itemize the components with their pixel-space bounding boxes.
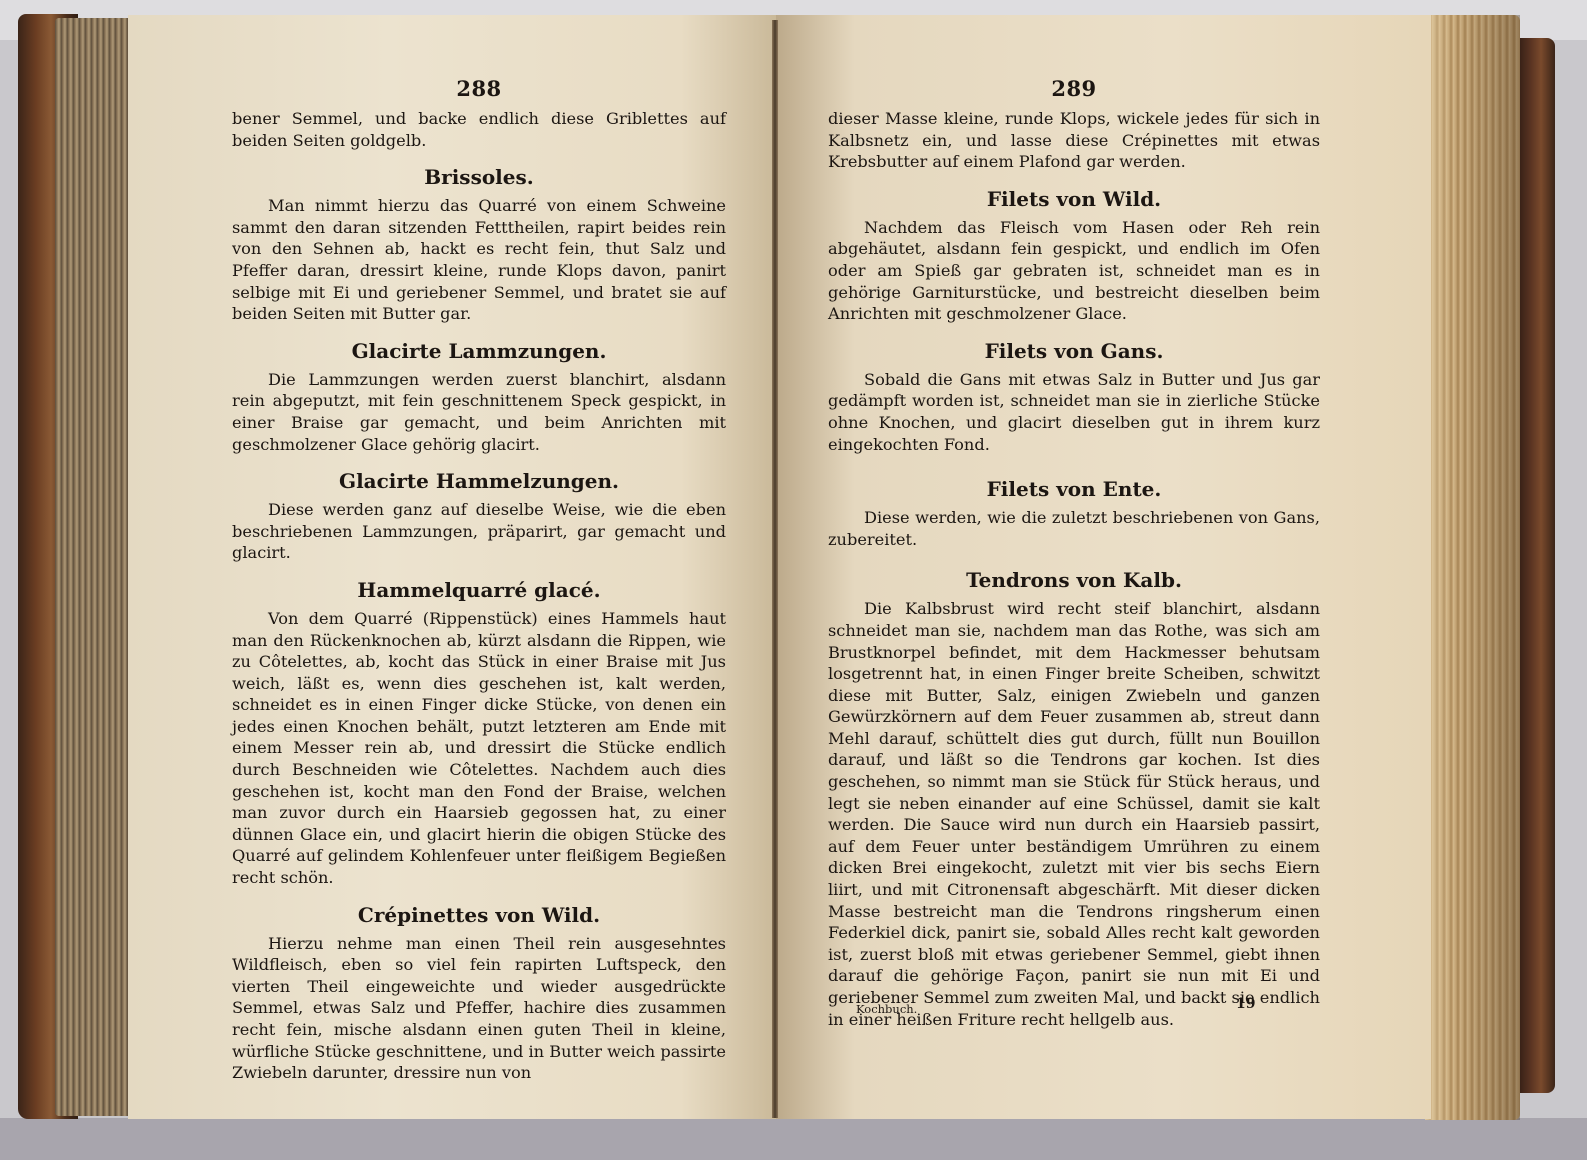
page-edges-left [55,18,131,1116]
page-number-left: 288 [232,78,726,100]
recipe-title: Hammelquarré glacé. [232,578,726,602]
recipe-title: Crépinettes von Wild. [232,903,726,927]
recipe-text: Man nimmt hierzu das Quarré von einem Sc… [232,195,726,325]
left-page-text: 288 bener Semmel, und backe endlich dies… [232,78,726,1084]
signature-mark: Kochbuch. [856,1002,917,1016]
recipe-title: Filets von Wild. [828,187,1320,211]
signature-number: 19 [1236,996,1255,1012]
scan-background-bottom [0,1118,1587,1160]
recipe-text: Die Kalbsbrust wird recht steif blanchir… [828,598,1320,1030]
recipe-title: Glacirte Lammzungen. [232,339,726,363]
recipe-title: Glacirte Hammelzungen. [232,469,726,493]
recipe-title: Tendrons von Kalb. [828,568,1320,592]
recipe-title: Filets von Ente. [828,477,1320,501]
continuation-text: dieser Masse kleine, runde Klops, wickel… [828,108,1320,173]
recipe-text: Diese werden ganz auf dieselbe Weise, wi… [232,499,726,564]
right-page-text: 289 dieser Masse kleine, runde Klops, wi… [828,78,1320,1030]
recipe-text: Diese werden, wie die zuletzt beschriebe… [828,507,1320,550]
book-gutter [772,20,778,1118]
recipe-text: Hierzu nehme man einen Theil rein ausges… [232,933,726,1084]
book-cover-right [1515,38,1555,1093]
continuation-text: bener Semmel, und backe endlich diese Gr… [232,108,726,151]
recipe-title: Brissoles. [232,165,726,189]
page-edges-right [1425,15,1520,1120]
recipe-text: Sobald die Gans mit etwas Salz in Butter… [828,369,1320,455]
recipe-title: Filets von Gans. [828,339,1320,363]
recipe-text: Nachdem das Fleisch vom Hasen oder Reh r… [828,217,1320,325]
recipe-text: Die Lammzungen werden zuerst blanchirt, … [232,369,726,455]
recipe-text: Von dem Quarré (Rippenstück) eines Hamme… [232,608,726,889]
page-number-right: 289 [828,78,1320,100]
